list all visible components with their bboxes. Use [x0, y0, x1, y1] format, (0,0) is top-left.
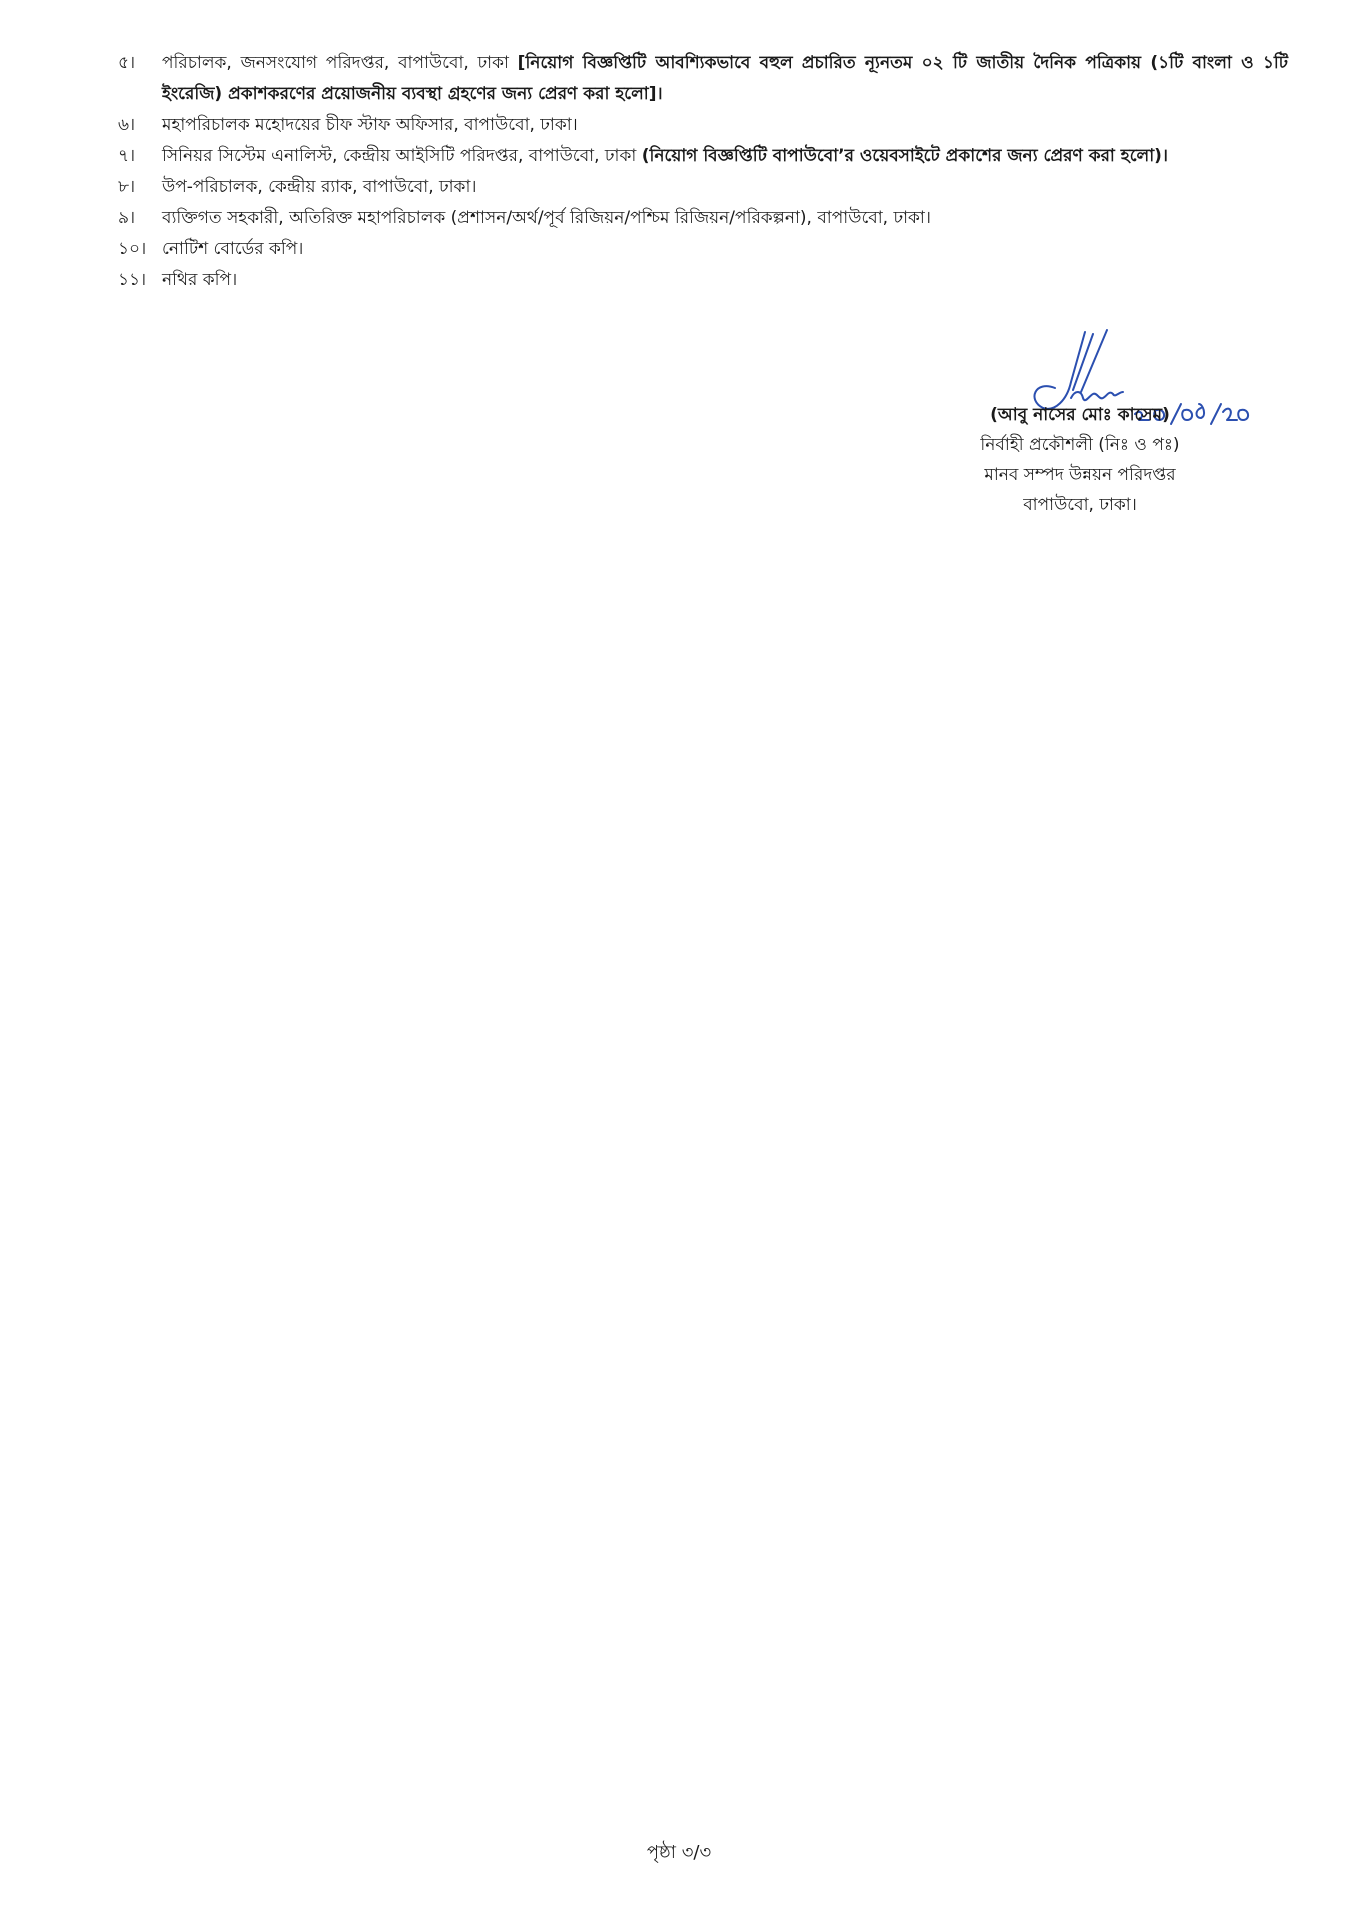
item-text: পরিচালক, জনসংযোগ পরিদপ্তর, বাপাউবো, ঢাকা…	[162, 48, 1288, 110]
item-number: ৬।	[118, 110, 162, 141]
item-recipient: পরিচালক, জনসংযোগ পরিদপ্তর, বাপাউবো, ঢাকা	[162, 53, 518, 73]
item-number: ৯।	[118, 203, 162, 234]
signature-block: (আবু নাসের মোঃ কাসেম) নির্বাহী প্রকৌশলী …	[935, 320, 1265, 540]
item-recipient: নথির কপি।	[162, 270, 237, 290]
item-text: ব্যক্তিগত সহকারী, অতিরিক্ত মহাপরিচালক (প…	[162, 203, 1288, 234]
signatory-details: (আবু নাসের মোঃ কাসেম) নির্বাহী প্রকৌশলী …	[935, 400, 1225, 520]
distribution-item: ৫। পরিচালক, জনসংযোগ পরিদপ্তর, বাপাউবো, ঢ…	[118, 48, 1288, 110]
item-instruction: (নিয়োগ বিজ্ঞপ্তিটি বাপাউবো’র ওয়েবসাইটে…	[642, 146, 1168, 166]
item-number: ৭।	[118, 141, 162, 172]
signatory-office: মানব সম্পদ উন্নয়ন পরিদপ্তর	[935, 460, 1225, 490]
distribution-item: ১১। নথির কপি।	[118, 265, 1288, 296]
item-number: ১১।	[118, 265, 162, 296]
item-text: সিনিয়র সিস্টেম এনালিস্ট, কেন্দ্রীয় আইস…	[162, 141, 1288, 172]
distribution-item: ৭। সিনিয়র সিস্টেম এনালিস্ট, কেন্দ্রীয় …	[118, 141, 1288, 172]
distribution-item: ১০। নোটিশ বোর্ডের কপি।	[118, 234, 1288, 265]
item-text: উপ-পরিচালক, কেন্দ্রীয় র‍্যাক, বাপাউবো, …	[162, 172, 1288, 203]
distribution-list: ৫। পরিচালক, জনসংযোগ পরিদপ্তর, বাপাউবো, ঢ…	[118, 48, 1288, 296]
item-recipient: ব্যক্তিগত সহকারী, অতিরিক্ত মহাপরিচালক (প…	[162, 208, 931, 228]
item-recipient: নোটিশ বোর্ডের কপি।	[162, 239, 303, 259]
signatory-location: বাপাউবো, ঢাকা।	[935, 490, 1225, 520]
distribution-item: ৬। মহাপরিচালক মহোদয়ের চীফ স্টাফ অফিসার,…	[118, 110, 1288, 141]
item-recipient: উপ-পরিচালক, কেন্দ্রীয় র‍্যাক, বাপাউবো, …	[162, 177, 476, 197]
distribution-item: ৮। উপ-পরিচালক, কেন্দ্রীয় র‍্যাক, বাপাউব…	[118, 172, 1288, 203]
item-recipient: সিনিয়র সিস্টেম এনালিস্ট, কেন্দ্রীয় আইস…	[162, 146, 642, 166]
signatory-designation: নির্বাহী প্রকৌশলী (নিঃ ও পঃ)	[935, 430, 1225, 460]
item-number: ১০।	[118, 234, 162, 265]
document-page: ৫। পরিচালক, জনসংযোগ পরিদপ্তর, বাপাউবো, ঢ…	[0, 0, 1358, 1920]
item-text: নথির কপি।	[162, 265, 1288, 296]
page-number: পৃষ্ঠা ৩/৩	[0, 1838, 1358, 1869]
item-recipient: মহাপরিচালক মহোদয়ের চীফ স্টাফ অফিসার, বা…	[162, 115, 578, 135]
item-number: ৫।	[118, 48, 162, 79]
item-text: মহাপরিচালক মহোদয়ের চীফ স্টাফ অফিসার, বা…	[162, 110, 1288, 141]
item-number: ৮।	[118, 172, 162, 203]
distribution-item: ৯। ব্যক্তিগত সহকারী, অতিরিক্ত মহাপরিচালক…	[118, 203, 1288, 234]
signatory-name: (আবু নাসের মোঃ কাসেম)	[935, 400, 1225, 430]
item-text: নোটিশ বোর্ডের কপি।	[162, 234, 1288, 265]
